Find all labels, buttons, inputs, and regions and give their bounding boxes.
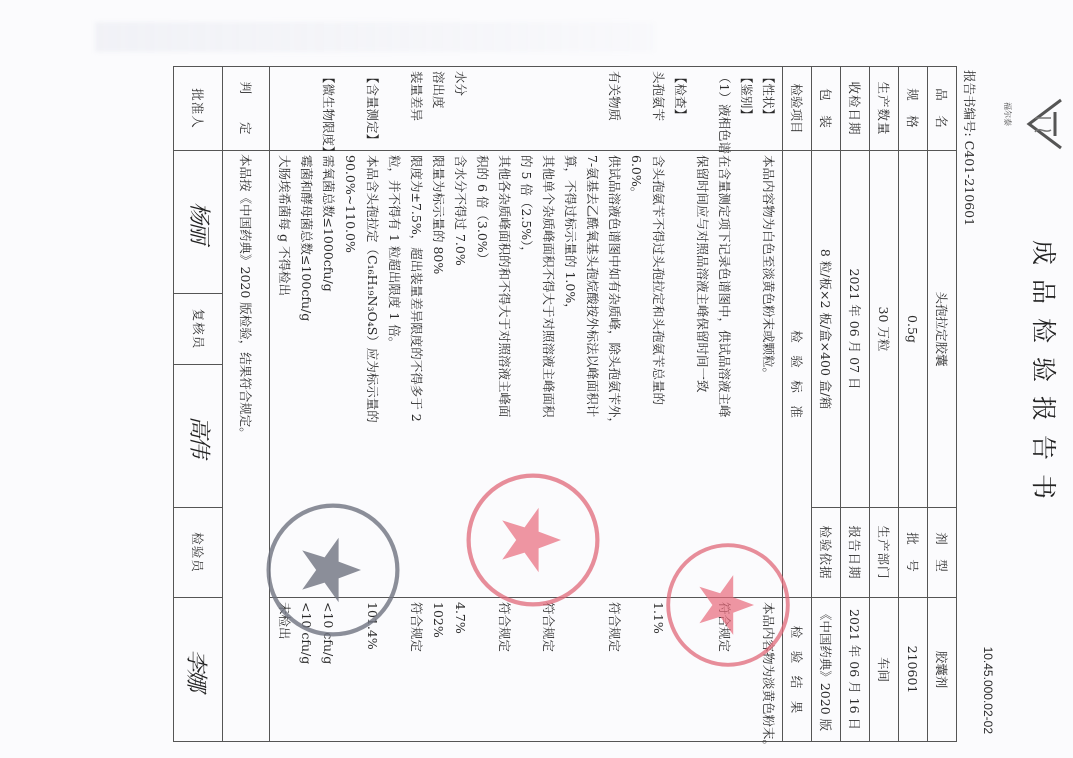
meta-value: 210601: [899, 598, 928, 742]
standard-line: 限度为±7.5%，超出装量差异限度的不得多于 2: [405, 155, 427, 593]
item-column: 【性状】【鉴别】（1）液相色谱【检查】头孢氨苄有关物质水分溶出度装量差异【含量测…: [270, 67, 783, 151]
item-spacer: [273, 71, 295, 146]
meta-value: 2021 年 06 月 16 日: [841, 598, 870, 742]
inspector-signature: 李娜: [174, 598, 223, 742]
result-line: 4.7%: [449, 602, 471, 737]
reviewer-label: 复核员: [174, 294, 222, 365]
result-line: [581, 602, 603, 737]
qc-stamp-red-1: [663, 540, 793, 670]
report-number: 报告书编号: C401-210601: [961, 70, 979, 226]
meta-row: 收检日期2021 年 06 月 07 日报告日期2021 年 06 月 16 日: [841, 67, 870, 742]
conclusion-row: 判 定本品按《中国药典》2020 版检验，结果符合规定。: [223, 67, 270, 742]
item-spacer: [339, 71, 361, 146]
meta-value: 8 粒/板×2 板/盒×400 盒/箱: [812, 151, 841, 508]
result-line: 符合规定: [603, 602, 625, 737]
result-line: 102%: [427, 602, 449, 737]
item-spacer: [691, 71, 713, 146]
inspection-report-page: 福尔泰 成品检验报告书 10.45.000.02-02 报告书编号: C401-…: [73, 40, 1073, 740]
item-spacer: [493, 71, 515, 146]
result-line: 符合规定: [493, 602, 515, 737]
standard-line: 本品内容物为白色至淡黄色粉末或颗粒。: [757, 155, 779, 593]
qc-stamp-red-2: [463, 470, 603, 610]
meta-label: 报告日期: [841, 508, 870, 598]
result-line: [559, 602, 581, 737]
column-header-standard: 检 验 标 准: [783, 151, 812, 598]
item-spacer: [383, 71, 405, 146]
meta-value: 2021 年 06 月 07 日: [841, 151, 870, 508]
result-line: [471, 602, 493, 737]
meta-label: 生产数量: [870, 67, 899, 151]
item-label: 【性状】: [757, 71, 779, 146]
item-spacer: [295, 71, 317, 146]
meta-value: 0.5g: [899, 151, 928, 508]
item-label: （1）液相色谱: [713, 71, 735, 146]
reviewer-signature: 高伟: [174, 365, 222, 507]
meta-row: 包 装8 粒/板×2 板/盒×400 盒/箱检验依据《中国药典》2020 版: [812, 67, 841, 742]
meta-value: 《中国药典》2020 版: [812, 598, 841, 742]
approver-signature: 杨丽: [174, 151, 222, 294]
conclusion-label: 判 定: [223, 67, 270, 151]
item-spacer: [537, 71, 559, 146]
item-spacer: [559, 71, 581, 146]
meta-row: 品 名头孢拉定胶囊剂 型胶囊剂: [928, 67, 957, 742]
meta-label: 规 格: [899, 67, 928, 151]
item-spacer: [471, 71, 493, 146]
inspector-label: 检验员: [174, 508, 223, 598]
standard-line: 供试品溶液色谱图中如有杂质峰，除头孢氨苄外，: [603, 155, 625, 593]
column-header-item: 检验项目: [783, 67, 812, 151]
meta-label: 生产部门: [870, 508, 899, 598]
item-label: 【鉴别】: [735, 71, 757, 146]
standard-line: 6.0%。: [625, 155, 647, 593]
meta-label: 检验依据: [812, 508, 841, 598]
meta-label: 包 装: [812, 67, 841, 151]
meta-label: 批 号: [899, 508, 928, 598]
meta-label: 收检日期: [841, 67, 870, 151]
standard-line: 限量为标示量的 80%: [427, 155, 449, 593]
approver-label: 批准人: [174, 67, 223, 151]
standard-line: [735, 155, 757, 593]
meta-value: 胶囊剂: [928, 598, 957, 742]
item-label: 头孢氨苄: [647, 71, 669, 146]
meta-value: 头孢拉定胶囊: [928, 151, 957, 508]
item-label: 【含量测定】: [361, 71, 383, 146]
signature-row: 批准人杨丽复核员高伟检验员李娜: [174, 67, 223, 742]
standard-line: 保留时间应与对照品溶液主峰保留时间一致: [691, 155, 713, 593]
item-label: 有关物质: [603, 71, 625, 146]
meta-label: 剂 型: [928, 508, 957, 598]
meta-row: 规 格0.5g批 号210601: [899, 67, 928, 742]
item-spacer: [581, 71, 603, 146]
meta-value: 30 万粒: [870, 151, 899, 508]
item-label: 【微生物限度】: [317, 71, 339, 146]
conclusion-text: 本品按《中国药典》2020 版检验，结果符合规定。: [223, 151, 270, 742]
result-line: [625, 602, 647, 737]
meta-label: 品 名: [928, 67, 957, 151]
standard-line: 含头孢氨苄不得过头孢拉定和头孢氨苄总量的: [647, 155, 669, 593]
inspection-table: 品 名头孢拉定胶囊剂 型胶囊剂规 格0.5g批 号210601生产数量30 万粒…: [173, 66, 957, 742]
document-code: 10.45.000.02-02: [981, 647, 995, 734]
qc-stamp-gray: [263, 500, 403, 640]
standard-line: 在含量测定项下记录色谱图中，供试品溶液主峰: [713, 155, 735, 593]
meta-value: 车间: [870, 598, 899, 742]
item-spacer: [515, 71, 537, 146]
result-line: 符合规定: [537, 602, 559, 737]
item-spacer: [625, 71, 647, 146]
item-label: 【检查】: [669, 71, 691, 146]
item-label: 水分: [449, 71, 471, 146]
item-label: 溶出度: [427, 71, 449, 146]
report-title: 成品检验报告书: [1027, 240, 1063, 513]
standard-line: [669, 155, 691, 593]
item-label: 装量差异: [405, 71, 427, 146]
result-line: 符合规定: [405, 602, 427, 737]
report-header: 福尔泰 成品检验报告书 10.45.000.02-02 报告书编号: C401-…: [963, 40, 1073, 740]
result-line: [515, 602, 537, 737]
logo-caption: 福尔泰: [1002, 102, 1013, 126]
meta-row: 生产数量30 万粒生产部门车间: [870, 67, 899, 742]
